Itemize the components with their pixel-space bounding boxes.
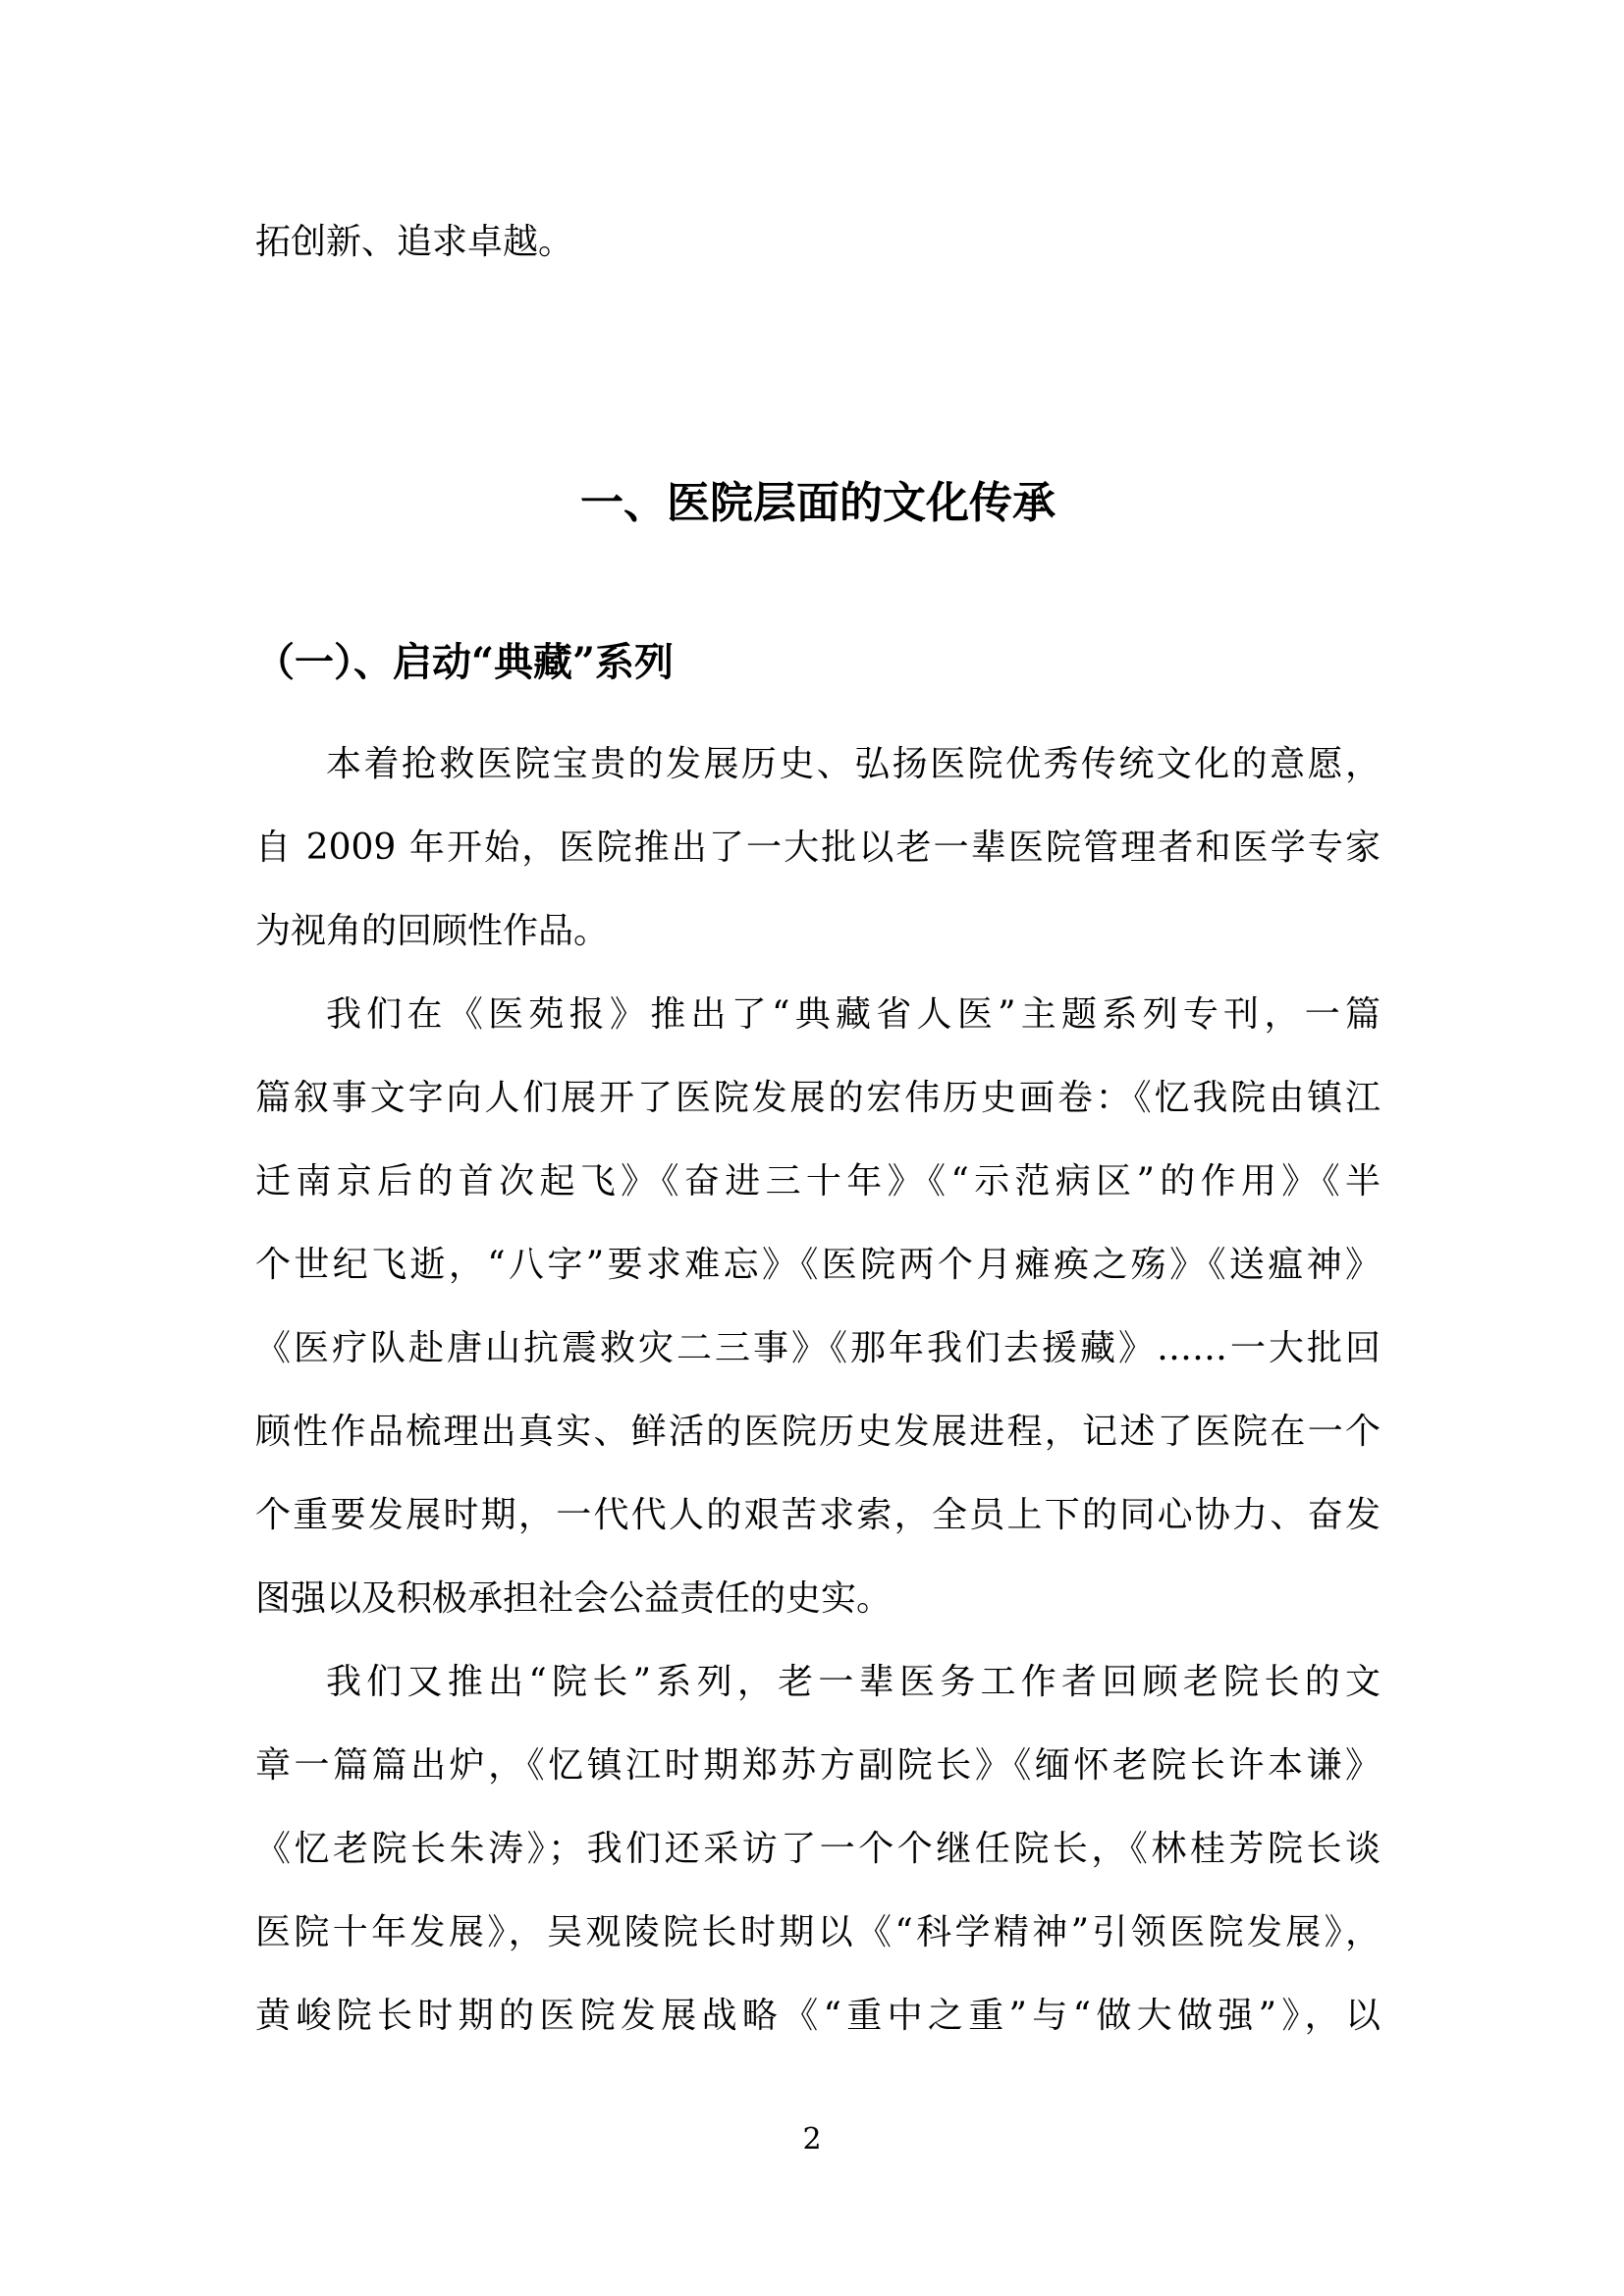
section-heading: 一、医院层面的文化传承 bbox=[255, 461, 1380, 545]
text-line: 自 2009 年开始，医院推出了一大批以老一辈医院管理者和医学专家 bbox=[255, 806, 1380, 889]
text-line: 《医疗队赴唐山抗震救灾二三事》《那年我们去援藏》……一大批回 bbox=[255, 1307, 1380, 1390]
text-line: 我们在《医苑报》推出了“典藏省人医”主题系列专刊，一篇 bbox=[255, 973, 1380, 1056]
paragraph-2: 我们在《医苑报》推出了“典藏省人医”主题系列专刊，一篇 篇叙事文字向人们展开了医… bbox=[255, 973, 1380, 1640]
text-line: 图强以及积极承担社会公益责任的史实。 bbox=[255, 1557, 1380, 1640]
text-line: 篇叙事文字向人们展开了医院发展的宏伟历史画卷：《忆我院由镇江 bbox=[255, 1056, 1380, 1140]
text-line: 本着抢救医院宝贵的发展历史、弘扬医院优秀传统文化的意愿， bbox=[255, 722, 1380, 806]
text-line: 章一篇篇出炉，《忆镇江时期郑苏方副院长》《缅怀老院长许本谦》 bbox=[255, 1724, 1380, 1807]
text-line: 为视角的回顾性作品。 bbox=[255, 889, 1380, 973]
page-number: 2 bbox=[0, 2120, 1624, 2160]
text-line: 迁南京后的首次起飞》《奋进三十年》《“示范病区”的作用》《半 bbox=[255, 1140, 1380, 1223]
prelude-line: 拓创新、追求卓越。 bbox=[255, 200, 1380, 284]
text-line: 医院十年发展》，吴观陵院长时期以《“科学精神”引领医院发展》， bbox=[255, 1891, 1380, 1974]
text-line: 我们又推出“院长”系列，老一辈医务工作者回顾老院长的文 bbox=[255, 1640, 1380, 1724]
page-content: 拓创新、追求卓越。 一、医院层面的文化传承 （一）、启动“典藏”系列 本着抢救医… bbox=[255, 0, 1380, 2057]
subsection-heading: （一）、启动“典藏”系列 bbox=[255, 620, 1380, 704]
body-text: 本着抢救医院宝贵的发展历史、弘扬医院优秀传统文化的意愿， 自 2009 年开始，… bbox=[255, 722, 1380, 2057]
paragraph-1: 本着抢救医院宝贵的发展历史、弘扬医院优秀传统文化的意愿， 自 2009 年开始，… bbox=[255, 722, 1380, 973]
text-line: 顾性作品梳理出真实、鲜活的医院历史发展进程，记述了医院在一个 bbox=[255, 1390, 1380, 1473]
document-page: 拓创新、追求卓越。 一、医院层面的文化传承 （一）、启动“典藏”系列 本着抢救医… bbox=[0, 0, 1624, 2296]
text-line: 个重要发展时期，一代代人的艰苦求索，全员上下的同心协力、奋发 bbox=[255, 1473, 1380, 1557]
text-line: 个世纪飞逝，“八字”要求难忘》《医院两个月瘫痪之殇》《送瘟神》 bbox=[255, 1223, 1380, 1307]
text-line: 《忆老院长朱涛》；我们还采访了一个个继任院长，《林桂芳院长谈 bbox=[255, 1807, 1380, 1891]
text-line: 黄峻院长时期的医院发展战略《“重中之重”与“做大做强”》，以 bbox=[255, 1974, 1380, 2057]
paragraph-3: 我们又推出“院长”系列，老一辈医务工作者回顾老院长的文 章一篇篇出炉，《忆镇江时… bbox=[255, 1640, 1380, 2057]
